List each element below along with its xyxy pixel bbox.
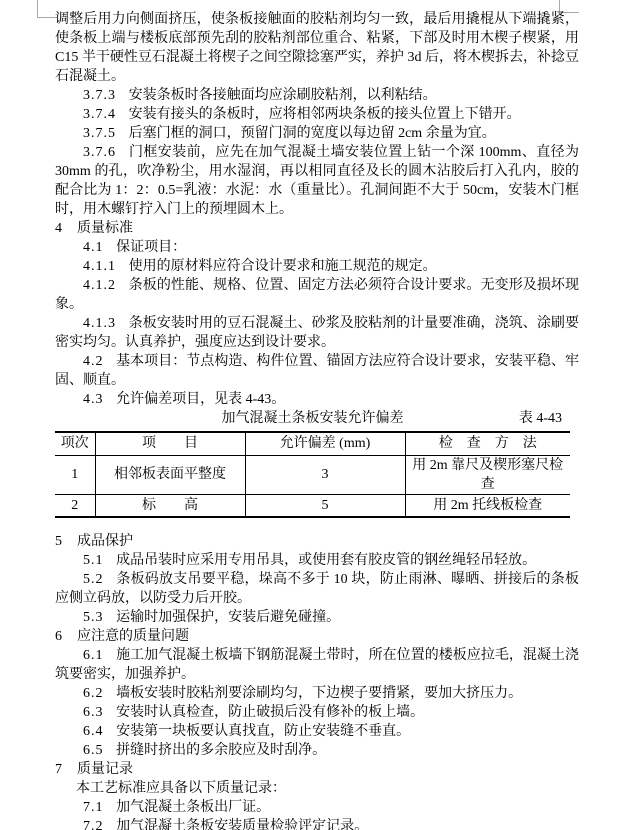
clause-6.5: 6.5拼缝时挤出的多余胶应及时刮净。 — [55, 741, 579, 760]
clause-5.2: 5.2条板码放支吊要平稳，垛高不多于 10 块，防止雨淋、曝晒、拼接后的条板应侧… — [55, 570, 579, 608]
clause-4.1.1: 4.1.1使用的原材料应符合设计要求和施工规范的规定。 — [55, 257, 579, 276]
table-cell: 5 — [245, 494, 405, 517]
clause-5.3: 5.3运输时加强保护，安装后避免碰撞。 — [55, 608, 579, 627]
clause-number: 4.1.1 — [83, 259, 116, 274]
table-cell: 2 — [55, 494, 95, 517]
section-protection-and-records: 5成品保护5.1成品吊装时应采用专用吊具，或使用套有胶皮管的钢丝绳轻吊轻放。5.… — [55, 532, 579, 830]
clause-number: 6 — [55, 629, 63, 644]
table-cell: 用 2m 托线板检查 — [405, 494, 570, 517]
clause-number: 6.2 — [83, 686, 104, 701]
clause-number: 4.1.3 — [83, 316, 116, 331]
paragraph: 调整后用力向侧面挤压，使条板接触面的胶粘剂均匀一致，最后用撬棍从下端撬紧，使条板… — [55, 10, 579, 86]
clause-number: 4.1 — [83, 240, 104, 255]
table-caption: 加气混凝土条板安装允许偏差 表 4-43 — [55, 410, 570, 428]
table-cell: 3 — [245, 455, 405, 494]
clause-6.2: 6.2墙板安装时胶粘剂要涂刷均匀，下边楔子要揹紧，要加大挤压力。 — [55, 684, 579, 703]
clause-number: 7.1 — [83, 800, 104, 815]
clause-number: 4.1.2 — [83, 278, 116, 293]
clause-6.4: 6.4安装第一块板要认真找直，防止安装缝不垂直。 — [55, 722, 579, 741]
clause-4.3: 4.3允许偏差项目，见表 4-43。 — [55, 390, 579, 409]
clause-number: 6.3 — [83, 705, 104, 720]
table-title: 加气混凝土条板安装允许偏差 — [222, 411, 404, 426]
clause-3.7.6: 3.7.6门框安装前，应先在加气混凝土墙安装位置上钻一个深 100mm、直径为 … — [55, 143, 579, 219]
clause-number: 6.5 — [83, 743, 104, 758]
document-page: 调整后用力向侧面挤压，使条板接触面的胶粘剂均匀一致，最后用撬棍从下端撬紧，使条板… — [0, 0, 630, 830]
clause-number: 6.1 — [83, 648, 104, 663]
table-row: 2标 高5用 2m 托线板检查 — [55, 494, 570, 517]
table-row: 1相邻板表面平整度3用 2m 靠尺及楔形塞尺检查 — [55, 455, 570, 494]
clause-number: 6.4 — [83, 724, 104, 739]
section-installation-and-quality: 调整后用力向侧面挤压，使条板接触面的胶粘剂均匀一致，最后用撬棍从下端撬紧，使条板… — [55, 10, 579, 409]
clause-number: 7.2 — [83, 819, 104, 830]
table-label: 表 4-43 — [519, 410, 562, 428]
table-header-cell: 项次 — [55, 432, 95, 455]
table-header-cell: 允许偏差 (mm) — [245, 432, 405, 455]
clause-number: 4 — [55, 221, 63, 236]
clause-number: 3.7.6 — [83, 145, 116, 160]
clause-5: 5成品保护 — [55, 532, 579, 551]
clause-5.1: 5.1成品吊装时应采用专用吊具，或使用套有胶皮管的钢丝绳轻吊轻放。 — [55, 551, 579, 570]
clause-3.7.5: 3.7.5后塞门框的洞口，预留门洞的宽度以每边留 2cm 余量为宜。 — [55, 124, 579, 143]
clause-4.1: 4.1保证项目： — [55, 238, 579, 257]
table-cell: 1 — [55, 455, 95, 494]
clause-number: 5.3 — [83, 610, 104, 625]
clause-number: 4.2 — [83, 354, 104, 369]
table-cell: 用 2m 靠尺及楔形塞尺检查 — [405, 455, 570, 494]
table-cell: 相邻板表面平整度 — [95, 455, 245, 494]
table-cell: 标 高 — [95, 494, 245, 517]
clause-number: 5.1 — [83, 553, 104, 568]
clause-number: 7 — [55, 762, 63, 777]
clause-4: 4质量标准 — [55, 219, 579, 238]
clause-number: 3.7.3 — [83, 88, 116, 103]
paragraph: 本工艺标准应具备以下质量记录： — [55, 779, 579, 798]
allowed-deviation-table: 项次项 目允许偏差 (mm)检 查 方 法 1相邻板表面平整度3用 2m 靠尺及… — [55, 431, 570, 518]
clause-6.3: 6.3安装时认真检查，防止破损后没有修补的板上墙。 — [55, 703, 579, 722]
crop-mark-top-left — [37, 0, 57, 18]
clause-4.1.2: 4.1.2条板的性能、规格、位置、固定方法必须符合设计要求。无变形及损坏现象。 — [55, 276, 579, 314]
clause-number: 3.7.5 — [83, 126, 116, 141]
table-header-row: 项次项 目允许偏差 (mm)检 查 方 法 — [55, 432, 570, 455]
clause-3.7.4: 3.7.4安装有接头的条板时，应将相邻两块条板的接头位置上下错开。 — [55, 105, 579, 124]
clause-number: 5 — [55, 534, 63, 549]
clause-6.1: 6.1施工加气混凝土板墙下钢筋混凝土带时，所在位置的楼板应拉毛，混凝土浇筑要密实… — [55, 646, 579, 684]
clause-4.1.3: 4.1.3条板安装时用的豆石混凝土、砂浆及胶粘剂的计量要准确，浇筑、涂刷要密实均… — [55, 314, 579, 352]
table-header-cell: 检 查 方 法 — [405, 432, 570, 455]
clause-6: 6应注意的质量问题 — [55, 627, 579, 646]
table-header-cell: 项 目 — [95, 432, 245, 455]
clause-4.2: 4.2基本项目：节点构造、构件位置、锚固方法应符合设计要求，安装平稳、牢固、顺直… — [55, 352, 579, 390]
table-body: 1相邻板表面平整度3用 2m 靠尺及楔形塞尺检查2标 高5用 2m 托线板检查 — [55, 455, 570, 517]
clause-number: 3.7.4 — [83, 107, 116, 122]
clause-7.1: 7.1加气混凝土条板出厂证。 — [55, 798, 579, 817]
clause-7: 7质量记录 — [55, 760, 579, 779]
clause-number: 5.2 — [83, 572, 104, 587]
clause-number: 4.3 — [83, 392, 104, 407]
clause-7.2: 7.2加气混凝土条板安装质量检验评定记录。 — [55, 817, 579, 830]
clause-3.7.3: 3.7.3安装条板时各接触面均应涂刷胶粘剂，以利粘结。 — [55, 86, 579, 105]
document-body: 调整后用力向侧面挤压，使条板接触面的胶粘剂均匀一致，最后用撬棍从下端撬紧，使条板… — [55, 10, 579, 830]
